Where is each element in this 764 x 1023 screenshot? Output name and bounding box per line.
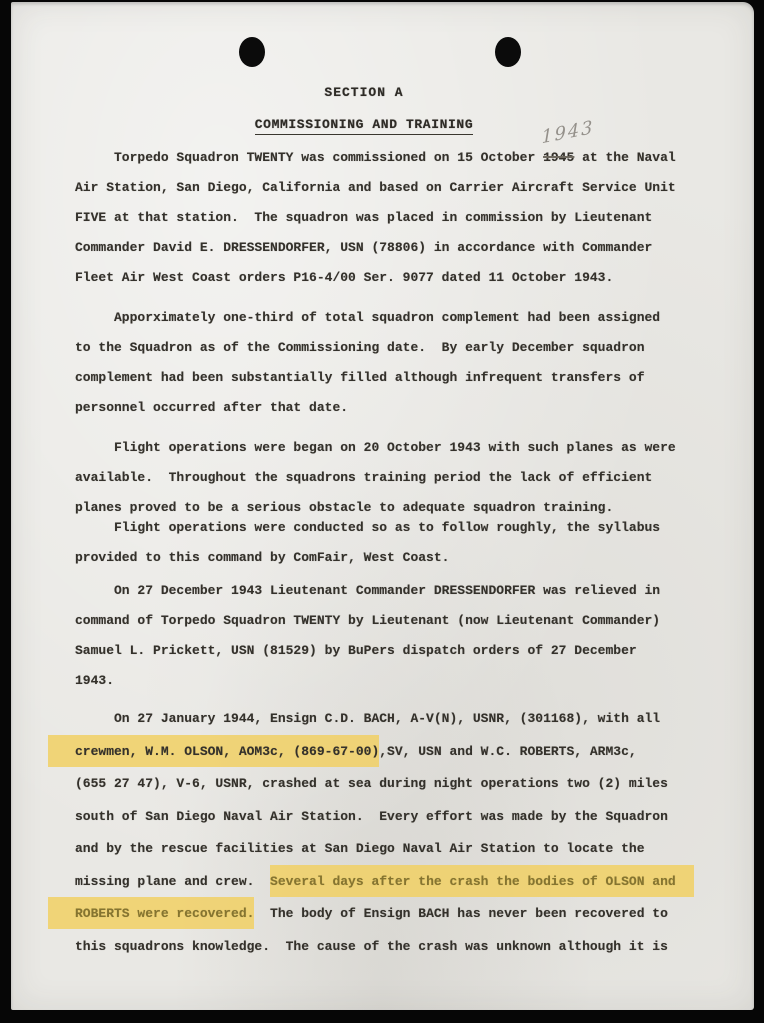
text-line: personnel occurred after that date. bbox=[75, 400, 660, 430]
text-segment: Fleet Air West Coast orders P16-4/00 Ser… bbox=[75, 270, 613, 285]
text-segment: (655 27 47), V-6, USNR, crashed at sea d… bbox=[75, 776, 668, 791]
text-line: 1943. bbox=[75, 673, 660, 703]
text-segment: planes proved to be a serious obstacle t… bbox=[75, 500, 613, 515]
text-line: Apporximately one-third of total squadro… bbox=[75, 310, 660, 340]
paragraph: Flight operations were began on 20 Octob… bbox=[75, 440, 676, 580]
highlighted-text: ROBERTS were recovered. bbox=[48, 897, 254, 929]
text-segment: Torpedo Squadron TWENTY was commissioned… bbox=[75, 150, 543, 165]
text-line: available. Throughout the squadrons trai… bbox=[75, 470, 676, 500]
paragraph: On 27 January 1944, Ensign C.D. BACH, A-… bbox=[75, 711, 694, 971]
text-segment: provided to this command by ComFair, Wes… bbox=[75, 550, 449, 565]
text-segment: FIVE at that station. The squadron was p… bbox=[75, 210, 652, 225]
text-segment: missing plane and crew. bbox=[75, 874, 270, 889]
text-line: On 27 December 1943 Lieutenant Commander… bbox=[75, 583, 660, 613]
text-line: command of Torpedo Squadron TWENTY by Li… bbox=[75, 613, 660, 643]
text-segment: south of San Diego Naval Air Station. Ev… bbox=[75, 809, 668, 824]
text-segment: complement had been substantially filled… bbox=[75, 370, 645, 385]
text-segment: and by the rescue facilities at San Dieg… bbox=[75, 841, 645, 856]
paragraph: Torpedo Squadron TWENTY was commissioned… bbox=[75, 150, 676, 300]
text-segment: The body of Ensign BACH has never been r… bbox=[254, 906, 667, 921]
text-segment: available. Throughout the squadrons trai… bbox=[75, 470, 652, 485]
text-line: Flight operations were began on 20 Octob… bbox=[75, 440, 676, 470]
text-segment: Samuel L. Prickett, USN (81529) by BuPer… bbox=[75, 643, 637, 658]
text-segment: On 27 January 1944, Ensign C.D. BACH, A-… bbox=[75, 711, 660, 726]
text-segment: ,SV, USN and W.C. ROBERTS, ARM3c, bbox=[379, 744, 636, 759]
text-line: this squadrons knowledge. The cause of t… bbox=[75, 939, 694, 972]
text-line: ROBERTS were recovered. The body of Ensi… bbox=[75, 906, 694, 939]
document-page: SECTION A COMMISSIONING AND TRAINING 194… bbox=[11, 2, 754, 1010]
punch-hole-left-icon bbox=[239, 37, 265, 67]
text-line: Air Station, San Diego, California and b… bbox=[75, 180, 676, 210]
text-line: FIVE at that station. The squadron was p… bbox=[75, 210, 676, 240]
section-heading: SECTION A bbox=[11, 85, 717, 100]
text-segment: personnel occurred after that date. bbox=[75, 400, 348, 415]
highlighted-text: crewmen, W.M. OLSON, AOM3c, (869-67-00) bbox=[48, 735, 379, 767]
scanned-document: SECTION A COMMISSIONING AND TRAINING 194… bbox=[0, 0, 764, 1023]
text-line: Flight operations were conducted so as t… bbox=[75, 520, 676, 550]
struck-text: 1945 bbox=[543, 150, 574, 165]
text-line: Fleet Air West Coast orders P16-4/00 Ser… bbox=[75, 270, 676, 300]
text-line: south of San Diego Naval Air Station. Ev… bbox=[75, 809, 694, 842]
text-segment: Commander David E. DRESSENDORFER, USN (7… bbox=[75, 240, 652, 255]
punch-hole-right-icon bbox=[495, 37, 521, 67]
text-segment: 1943. bbox=[75, 673, 114, 688]
highlighted-text: Several days after the crash the bodies … bbox=[270, 865, 694, 897]
text-segment: On 27 December 1943 Lieutenant Commander… bbox=[75, 583, 660, 598]
text-line: (655 27 47), V-6, USNR, crashed at sea d… bbox=[75, 776, 694, 809]
text-segment: at the Naval bbox=[574, 150, 675, 165]
text-line: Commander David E. DRESSENDORFER, USN (7… bbox=[75, 240, 676, 270]
document-title-text: COMMISSIONING AND TRAINING bbox=[255, 117, 473, 135]
text-line: Samuel L. Prickett, USN (81529) by BuPer… bbox=[75, 643, 660, 673]
text-segment: Apporximately one-third of total squadro… bbox=[75, 310, 660, 325]
text-segment: to the Squadron as of the Commissioning … bbox=[75, 340, 645, 355]
text-segment: this squadrons knowledge. The cause of t… bbox=[75, 939, 668, 954]
text-segment: Air Station, San Diego, California and b… bbox=[75, 180, 676, 195]
text-segment: Flight operations were conducted so as t… bbox=[75, 520, 660, 535]
text-segment: command of Torpedo Squadron TWENTY by Li… bbox=[75, 613, 660, 628]
text-line: Torpedo Squadron TWENTY was commissioned… bbox=[75, 150, 676, 180]
text-line: provided to this command by ComFair, Wes… bbox=[75, 550, 676, 580]
document-title: COMMISSIONING AND TRAINING bbox=[11, 117, 717, 132]
text-line: crewmen, W.M. OLSON, AOM3c, (869-67-00),… bbox=[75, 744, 694, 777]
text-segment: Flight operations were began on 20 Octob… bbox=[75, 440, 676, 455]
paragraph: On 27 December 1943 Lieutenant Commander… bbox=[75, 583, 660, 703]
text-line: to the Squadron as of the Commissioning … bbox=[75, 340, 660, 370]
text-line: complement had been substantially filled… bbox=[75, 370, 660, 400]
paragraph: Apporximately one-third of total squadro… bbox=[75, 310, 660, 430]
